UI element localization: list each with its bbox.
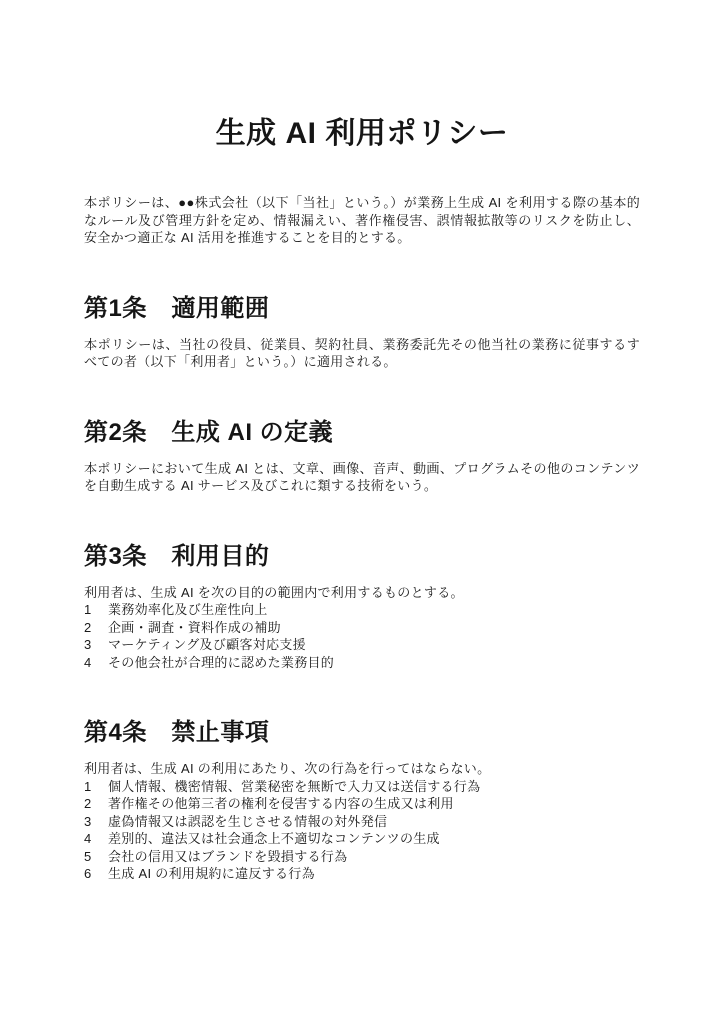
sections-container: 第1条 適用範囲 本ポリシーは、当社の役員、従業員、契約社員、業務委託先その他当… <box>84 294 640 883</box>
item-text: 業務効率化及び生産性向上 <box>108 601 640 619</box>
item-text: 著作権その他第三者の権利を侵害する内容の生成又は利用 <box>108 795 640 813</box>
item-text: 会社の信用又はブランドを毀損する行為 <box>108 848 640 866</box>
item-number: 2 <box>84 795 108 813</box>
item-number: 1 <box>84 601 108 619</box>
intro-paragraph: 本ポリシーは、●●株式会社（以下「当社」という。）が業務上生成 AI を利用する… <box>84 194 640 247</box>
item-number: 3 <box>84 813 108 831</box>
item-text: 虚偽情報又は誤認を生じさせる情報の対外発信 <box>108 813 640 831</box>
page-title: 生成 AI 利用ポリシー <box>84 114 640 154</box>
item-number: 4 <box>84 654 108 672</box>
list-item: 6 生成 AI の利用規約に違反する行為 <box>84 865 640 883</box>
section-body: 本ポリシーは、当社の役員、従業員、契約社員、業務委託先その他当社の業務に従事する… <box>84 336 640 371</box>
item-text: マーケティング及び顧客対応支援 <box>108 636 640 654</box>
section-heading: 第4条 禁止事項 <box>84 718 640 748</box>
document-page: 生成 AI 利用ポリシー 本ポリシーは、●●株式会社（以下「当社」という。）が業… <box>0 0 724 1024</box>
item-text: 差別的、違法又は社会通念上不適切なコンテンツの生成 <box>108 830 640 848</box>
list-item: 3 虚偽情報又は誤認を生じさせる情報の対外発信 <box>84 813 640 831</box>
policy-section: 第3条 利用目的 利用者は、生成 AI を次の目的の範囲内で利用するものとする。… <box>84 542 640 672</box>
list-item: 4 その他会社が合理的に認めた業務目的 <box>84 654 640 672</box>
section-items: 1 個人情報、機密情報、営業秘密を無断で入力又は送信する行為 2 著作権その他第… <box>84 778 640 883</box>
section-heading: 第3条 利用目的 <box>84 542 640 572</box>
item-text: 生成 AI の利用規約に違反する行為 <box>108 865 640 883</box>
list-item: 2 企画・調査・資料作成の補助 <box>84 619 640 637</box>
item-number: 6 <box>84 865 108 883</box>
item-text: 個人情報、機密情報、営業秘密を無断で入力又は送信する行為 <box>108 778 640 796</box>
list-item: 4 差別的、違法又は社会通念上不適切なコンテンツの生成 <box>84 830 640 848</box>
item-number: 5 <box>84 848 108 866</box>
list-item: 3 マーケティング及び顧客対応支援 <box>84 636 640 654</box>
item-number: 4 <box>84 830 108 848</box>
list-item: 5 会社の信用又はブランドを毀損する行為 <box>84 848 640 866</box>
section-body: 本ポリシーにおいて生成 AI とは、文章、画像、音声、動画、プログラムその他のコ… <box>84 460 640 495</box>
section-body: 利用者は、生成 AI を次の目的の範囲内で利用するものとする。 <box>84 584 640 602</box>
list-item: 1 個人情報、機密情報、営業秘密を無断で入力又は送信する行為 <box>84 778 640 796</box>
list-item: 2 著作権その他第三者の権利を侵害する内容の生成又は利用 <box>84 795 640 813</box>
item-text: 企画・調査・資料作成の補助 <box>108 619 640 637</box>
item-number: 1 <box>84 778 108 796</box>
document-content: 生成 AI 利用ポリシー 本ポリシーは、●●株式会社（以下「当社」という。）が業… <box>0 114 724 883</box>
list-item: 1 業務効率化及び生産性向上 <box>84 601 640 619</box>
section-heading: 第1条 適用範囲 <box>84 294 640 324</box>
policy-section: 第1条 適用範囲 本ポリシーは、当社の役員、従業員、契約社員、業務委託先その他当… <box>84 294 640 371</box>
section-items: 1 業務効率化及び生産性向上 2 企画・調査・資料作成の補助 3 マーケティング… <box>84 601 640 671</box>
section-heading: 第2条 生成 AI の定義 <box>84 418 640 448</box>
item-number: 2 <box>84 619 108 637</box>
policy-section: 第4条 禁止事項 利用者は、生成 AI の利用にあたり、次の行為を行ってはならな… <box>84 718 640 883</box>
item-number: 3 <box>84 636 108 654</box>
policy-section: 第2条 生成 AI の定義 本ポリシーにおいて生成 AI とは、文章、画像、音声… <box>84 418 640 495</box>
item-text: その他会社が合理的に認めた業務目的 <box>108 654 640 672</box>
section-body: 利用者は、生成 AI の利用にあたり、次の行為を行ってはならない。 <box>84 760 640 778</box>
